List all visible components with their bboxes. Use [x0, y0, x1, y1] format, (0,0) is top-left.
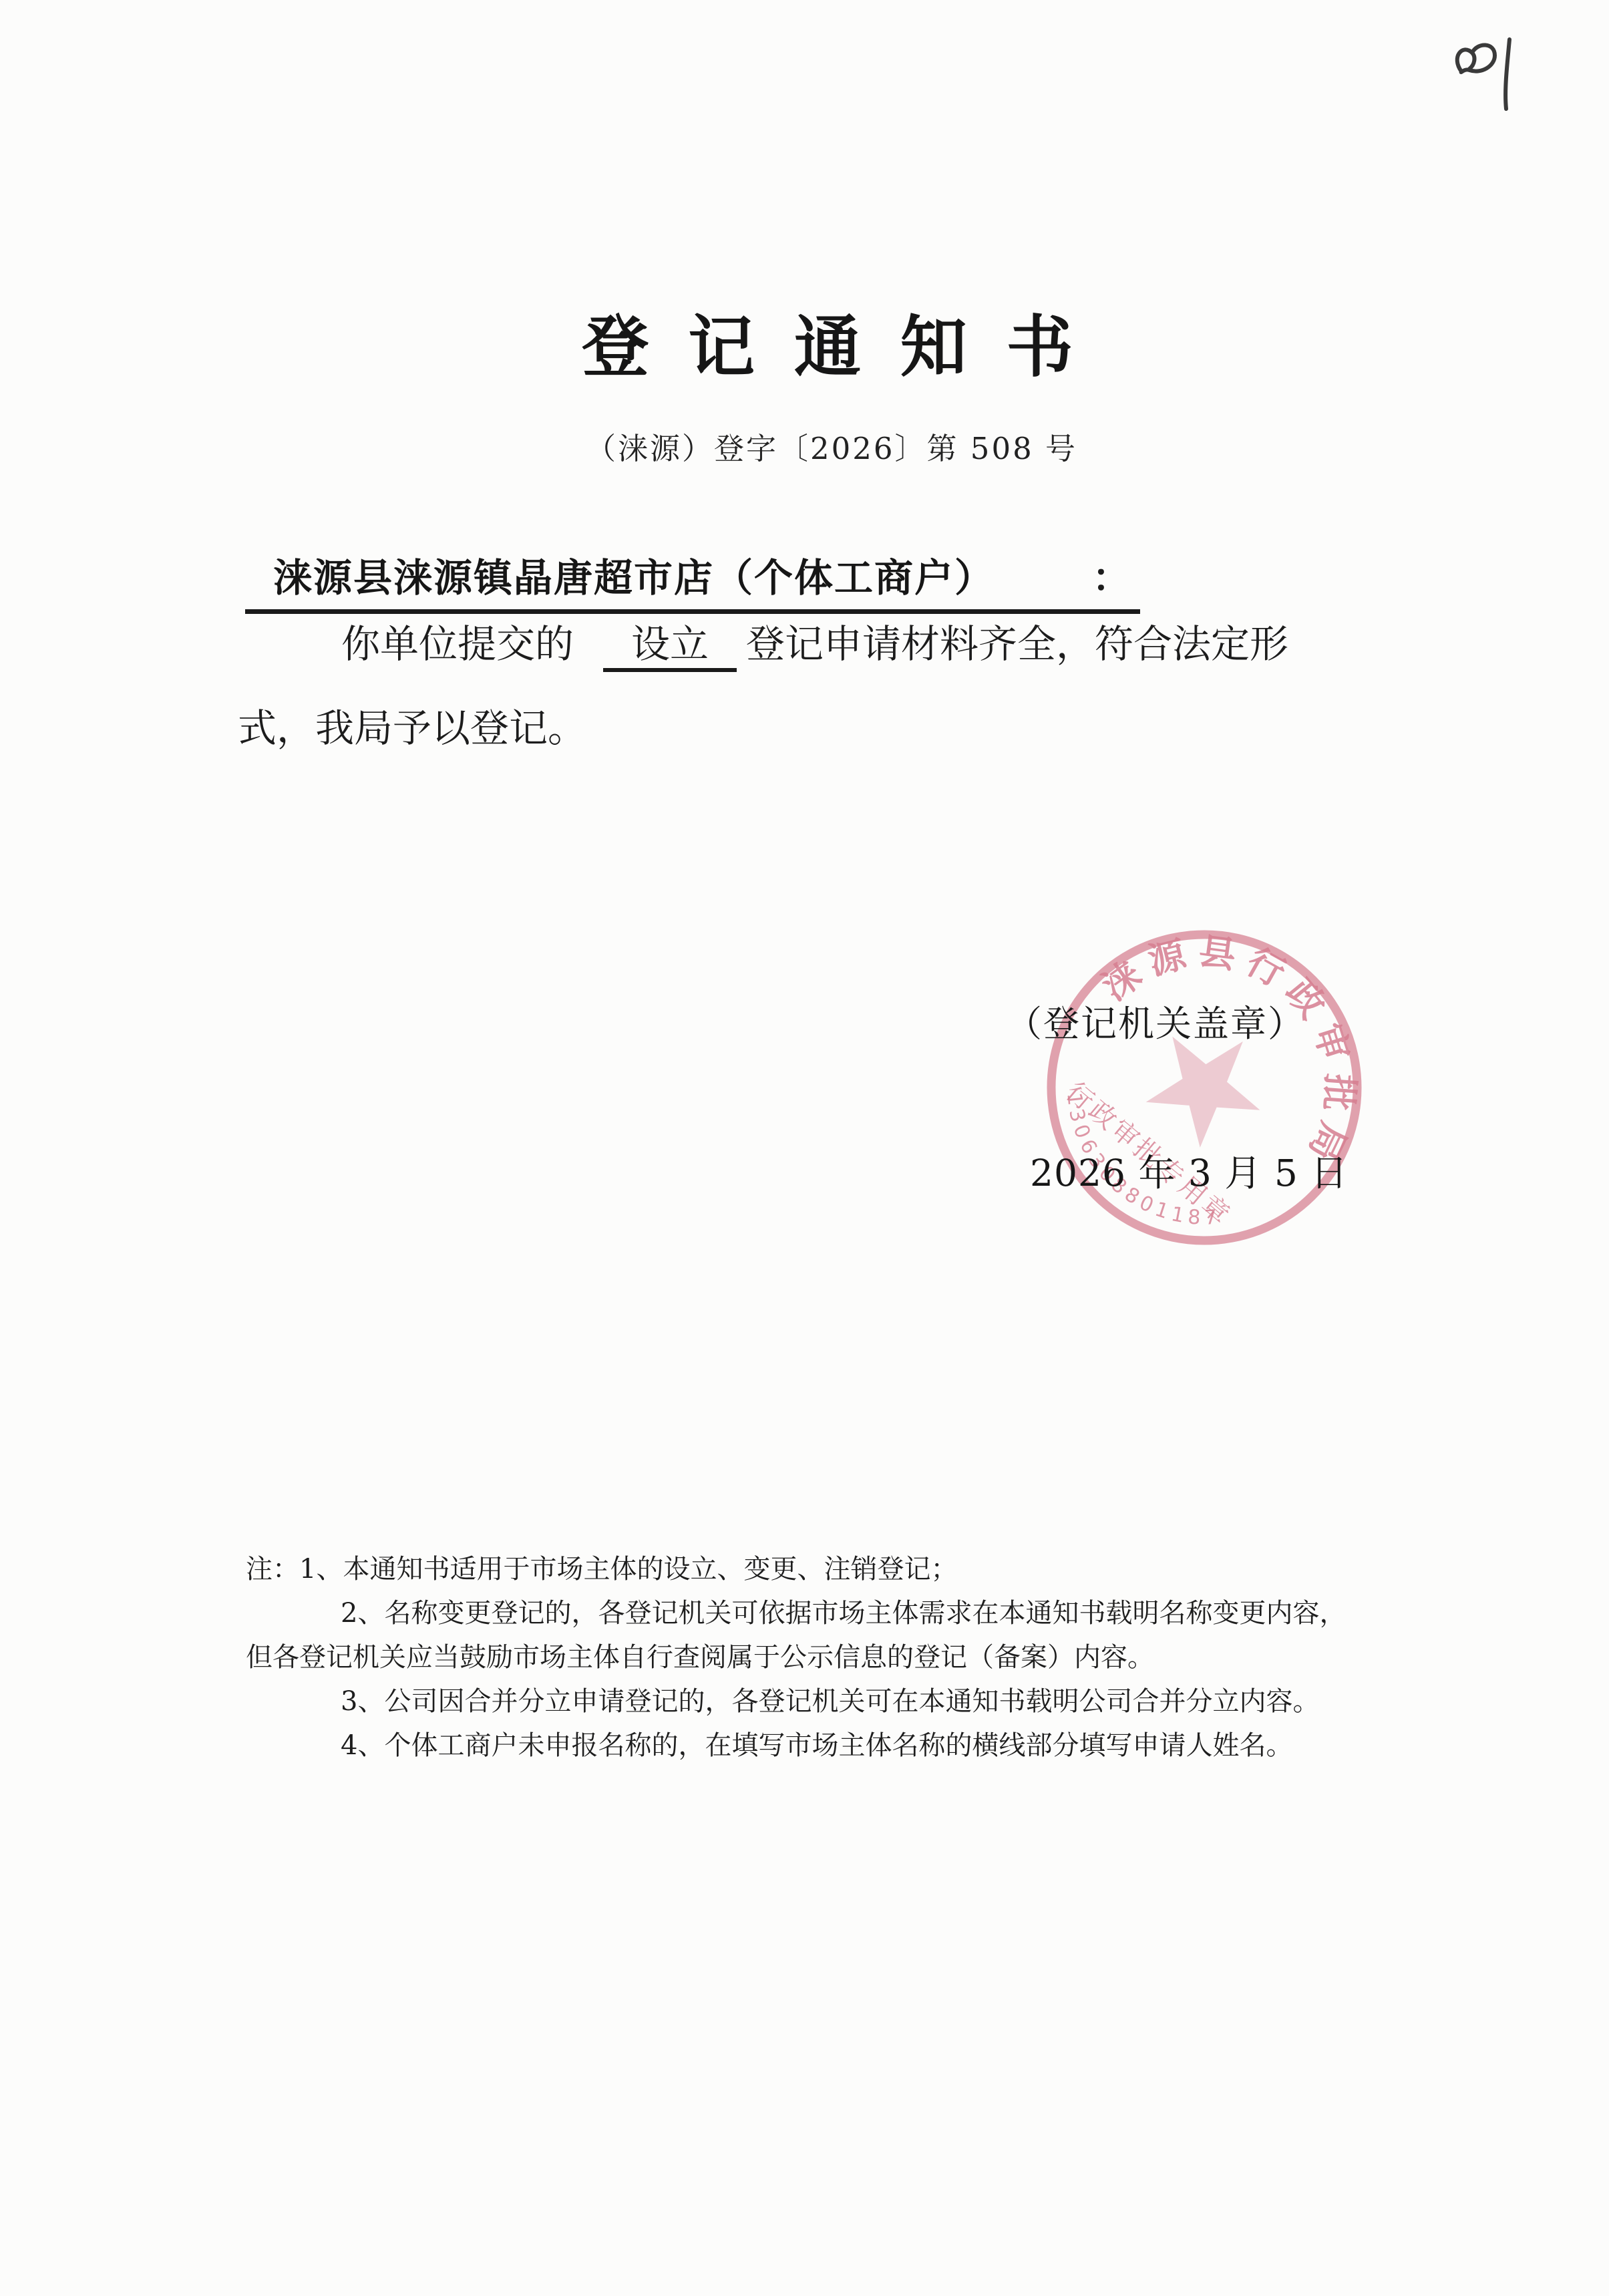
body-line1-prefix: 你单位提交的 — [341, 621, 574, 667]
handwritten-one-stroke — [1505, 39, 1509, 109]
addressee-line: 涞源县涞源镇晶唐超市店（个体工商户） ： — [245, 546, 1140, 614]
document-number: （涞源）登字〔2026〕第 508 号 — [40, 432, 1609, 466]
page-title: 登 记 通 知 书 — [40, 311, 1609, 384]
seal-caption: （登记机关盖章） — [1006, 995, 1305, 1047]
note-line-3: 但各登记机关应当鼓励市场主体自行查阅属于公示信息的登记（备案）内容。 — [246, 1635, 1421, 1679]
note-line-2: 2、名称变更登记的，各登记机关可依据市场主体需求在本通知书载明名称变更内容， — [341, 1591, 1421, 1635]
scanned-document-page: 登 记 通 知 书 （涞源）登字〔2026〕第 508 号 涞源县涞源镇晶唐超市… — [0, 0, 1609, 2296]
handwritten-zero-loops — [1457, 45, 1495, 72]
body-line-1: 你单位提交的设立登记申请材料齐全，符合法定形 — [341, 623, 1288, 672]
body-line-2: 式，我局予以登记。 — [238, 707, 586, 750]
note-line-1: 注：1、本通知书适用于市场主体的设立、变更、注销登记； — [246, 1547, 1421, 1591]
addressee-colon: ： — [1092, 546, 1131, 603]
note-line-4: 3、公司因合并分立申请登记的，各登记机关可在本通知书载明公司合并分立内容。 — [341, 1679, 1421, 1724]
footnotes: 注：1、本通知书适用于市场主体的设立、变更、注销登记； 2、名称变更登记的，各登… — [246, 1547, 1421, 1768]
registration-type-underlined: 设立 — [603, 623, 737, 672]
note-line-5: 4、个体工商户未申报名称的，在填写市场主体名称的横线部分填写申请人姓名。 — [341, 1724, 1421, 1768]
document-header: 登 记 通 知 书 （涞源）登字〔2026〕第 508 号 — [40, 311, 1609, 466]
body-line1-suffix: 登记申请材料齐全，符合法定形 — [746, 621, 1288, 667]
market-entity-name: 涞源县涞源镇晶唐超市店（个体工商户） — [273, 558, 995, 598]
official-seal: 涞源县行政审批局 行政审批专用章 1306308801187 — [1027, 911, 1381, 1265]
handwritten-page-number — [1443, 30, 1530, 117]
issue-date: 2026 年 3 月 5 日 — [1030, 1144, 1348, 1196]
